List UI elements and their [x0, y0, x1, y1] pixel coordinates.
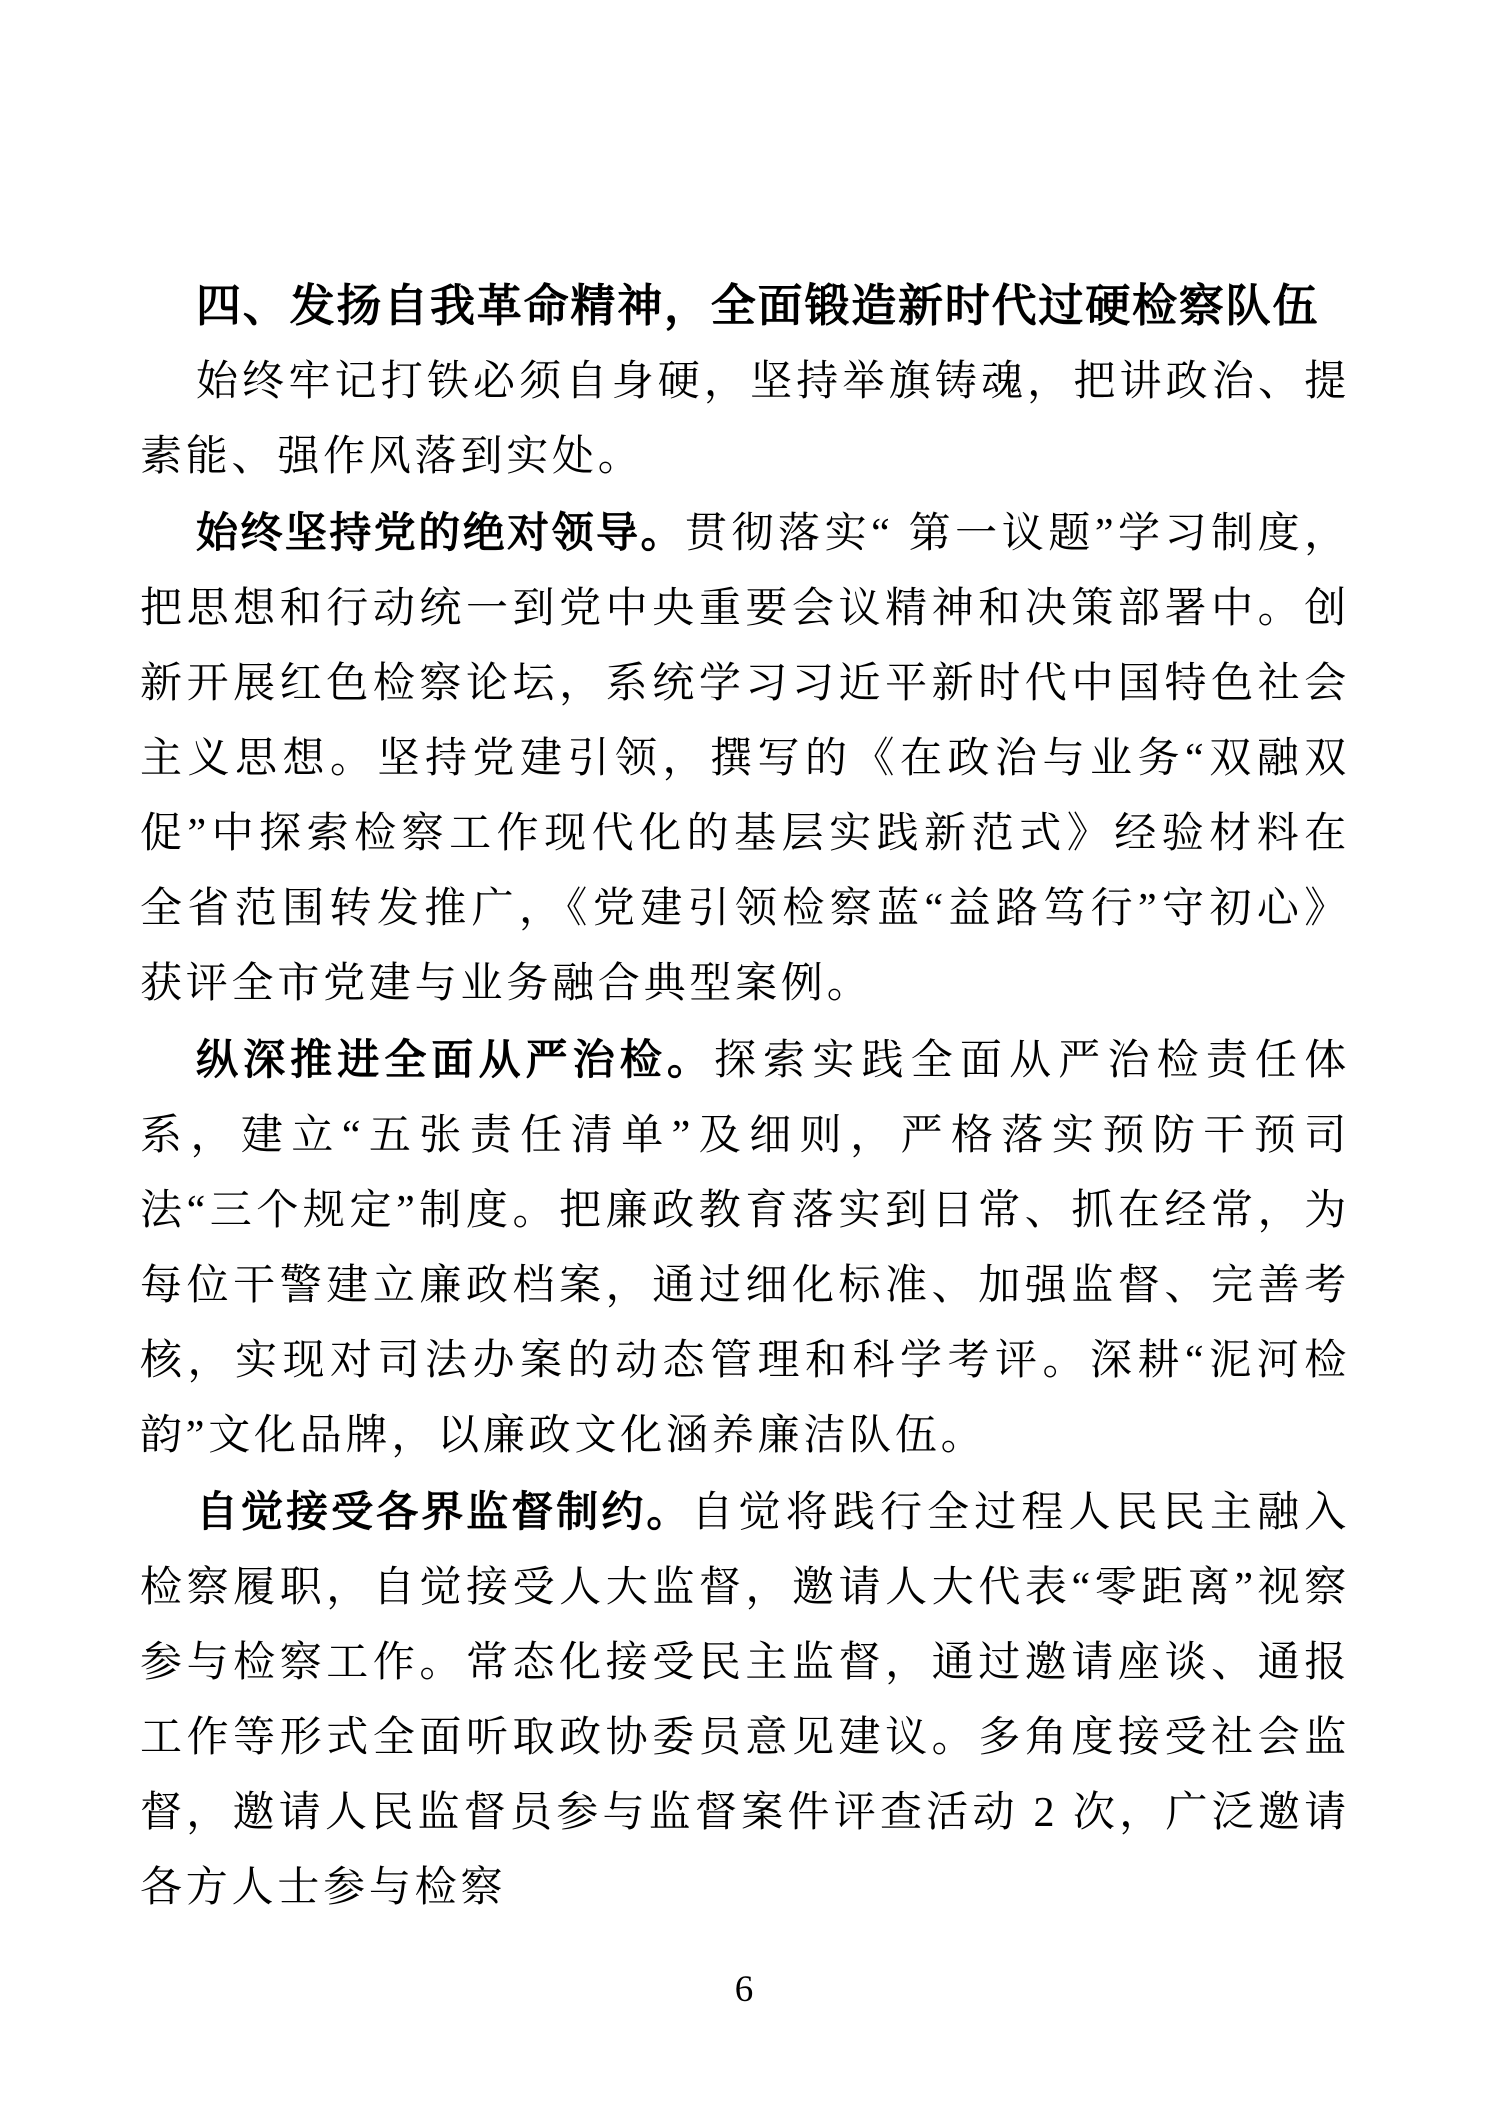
paragraph-text: 始终牢记打铁必须自身硬，坚持举旗铸魂，把讲政治、提素能、强作风落到实处。 [140, 359, 1350, 480]
paragraph-lead: 始终坚持党的绝对领导。 [196, 509, 685, 556]
document-page: 四、发扬自我革命精神，全面锻造新时代过硬检察队伍 始终牢记打铁必须自身硬，坚持举… [0, 0, 1488, 2104]
page-number: 6 [0, 1967, 1488, 2012]
paragraph-text: 自觉将践行全过程人民民主融入检察履职，自觉接受人大监督，邀请人大代表“零距离”视… [140, 1490, 1350, 1911]
paragraph-lead: 纵深推进全面从严治检。 [196, 1036, 714, 1083]
paragraph: 始终坚持党的绝对领导。贯彻落实“ 第一议题”学习制度，把思想和行动统一到党中央重… [140, 495, 1350, 1022]
paragraph-lead: 自觉接受各界监督制约。 [196, 1488, 691, 1535]
section-heading: 四、发扬自我革命精神，全面锻造新时代过硬检察队伍 [140, 268, 1350, 343]
paragraph-text: 贯彻落实“ 第一议题”学习制度，把思想和行动统一到党中央重要会议精神和决策部署中… [140, 511, 1350, 1007]
document-body: 四、发扬自我革命精神，全面锻造新时代过硬检察队伍 始终牢记打铁必须自身硬，坚持举… [140, 268, 1350, 1926]
paragraph-text: 探索实践全面从严治检责任体系，建立“五张责任清单”及细则，严格落实预防干预司法“… [140, 1038, 1350, 1459]
paragraph: 自觉接受各界监督制约。自觉将践行全过程人民民主融入检察履职，自觉接受人大监督，邀… [140, 1474, 1350, 1926]
paragraph: 始终牢记打铁必须自身硬，坚持举旗铸魂，把讲政治、提素能、强作风落到实处。 [140, 343, 1350, 495]
paragraph: 纵深推进全面从严治检。探索实践全面从严治检责任体系，建立“五张责任清单”及细则，… [140, 1022, 1350, 1474]
